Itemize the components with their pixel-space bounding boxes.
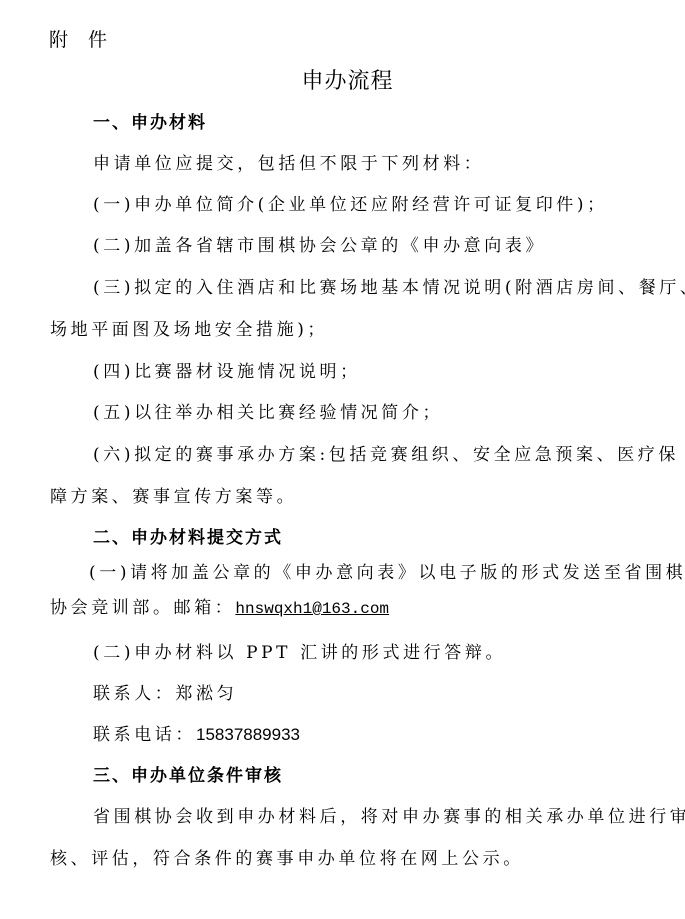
email-label: 协会竞训部。邮箱：	[50, 598, 235, 618]
submission-item-2: (二)申办材料以 PPT 汇讲的形式进行答辩。	[93, 643, 506, 663]
materials-item-3-cont: 场地平面图及场地安全措施)；	[50, 320, 328, 340]
attachment-label: 附件	[49, 30, 127, 50]
materials-intro: 申请单位应提交，包括但不限于下列材料：	[93, 154, 484, 174]
phone-label: 联系电话：	[93, 725, 196, 745]
section-heading-materials: 一、申办材料	[93, 113, 207, 133]
materials-item-4: (四)比赛器材设施情况说明；	[93, 362, 361, 382]
review-line-2: 核、评估，符合条件的赛事申办单位将在网上公示。	[50, 849, 524, 869]
materials-item-3: (三)拟定的入住酒店和比赛场地基本情况说明(附酒店房间、餐厅、	[93, 278, 685, 298]
materials-item-6-cont: 障方案、赛事宣传方案等。	[50, 487, 297, 507]
contact-label: 联系人：	[93, 684, 175, 704]
materials-item-5: (五)以往举办相关比赛经验情况简介；	[93, 403, 443, 423]
attachment-char-2: 件	[88, 30, 107, 50]
email-link[interactable]: hnswqxh1@163.com	[235, 600, 389, 618]
materials-item-6: (六)拟定的赛事承办方案:包括竞赛组织、安全应急预案、医疗保	[93, 445, 679, 465]
page-title: 申办流程	[0, 69, 685, 95]
contact-person: 联系人：郑淞匀	[93, 684, 237, 704]
section-heading-submission: 二、申办材料提交方式	[93, 528, 283, 548]
contact-phone: 联系电话：15837889933	[93, 725, 300, 745]
phone-number: 15837889933	[196, 725, 300, 744]
materials-item-2: (二)加盖各省辖市围棋协会公章的《申办意向表》	[93, 236, 546, 256]
review-line-1: 省围棋协会收到申办材料后，将对申办赛事的相关承办单位进行审	[93, 807, 685, 827]
attachment-char-1: 附	[49, 30, 68, 50]
materials-item-1: (一)申办单位简介(企业单位还应附经营许可证复印件)；	[93, 195, 608, 215]
section-heading-review: 三、申办单位条件审核	[93, 766, 283, 786]
submission-item-1: (一)请将加盖公章的《申办意向表》以电子版的形式发送至省围棋	[89, 563, 685, 583]
submission-item-1-cont: 协会竞训部。邮箱：hnswqxh1@163.com	[50, 598, 389, 619]
contact-name: 郑淞匀	[175, 684, 237, 704]
